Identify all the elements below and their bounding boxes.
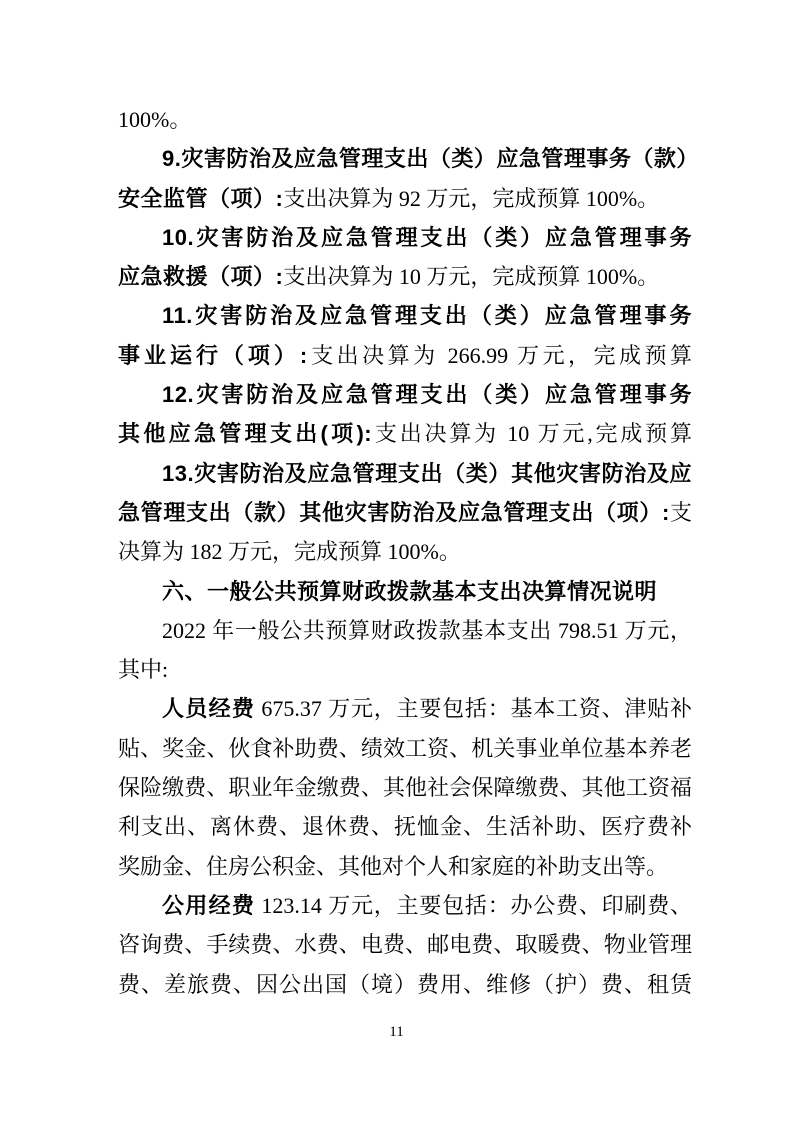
bold-text-segment: 其他应急管理支出(项): [118,421,372,446]
bold-text-segment: 急管理支出（款）其他灾害防治及应急管理支出（项）: [118,500,670,525]
text-line: 利支出、离休费、退休费、抚恤金、生活补助、医疗费补助、 [118,807,692,846]
text-line: 安全监管（项）:支出决算为 92 万元，完成预算 100%。 [118,179,692,218]
bold-text-segment: 10.灾害防治及应急管理支出（类）应急管理事务（款） [118,225,692,257]
text-segment: 费、差旅费、因公出国（境）费用、维修（护）费、租赁费、 [118,972,692,1004]
text-line: 其他应急管理支出(项):支出决算为 10 万元,完成预算 100%。 [118,414,692,453]
page-number: 11 [0,1024,793,1041]
text-line: 13.灾害防治及应急管理支出（类）其他灾害防治及应 [118,454,692,493]
document-page: 100%。9.灾害防治及应急管理支出（类）应急管理事务（款）安全监管（项）:支出… [0,0,793,1122]
text-segment: 利支出、离休费、退休费、抚恤金、生活补助、医疗费补助、 [118,814,692,846]
text-line: 其中: [118,650,692,689]
text-line: 六、一般公共预算财政拨款基本支出决算情况说明 [118,572,692,611]
text-segment: 奖励金、住房公积金、其他对个人和家庭的补助支出等。 [118,854,668,879]
text-line: 决算为 182 万元，完成预算 100%。 [118,532,692,571]
text-line: 咨询费、手续费、水费、电费、邮电费、取暖费、物业管理 [118,925,692,964]
text-segment: 675.37 万元，主要包括：基本工资、津贴补 [255,696,692,721]
text-line: 费、差旅费、因公出国（境）费用、维修（护）费、租赁费、 [118,965,692,1004]
text-segment: 保险缴费、职业年金缴费、其他社会保障缴费、其他工资福 [118,775,692,800]
text-line: 12.灾害防治及应急管理支出（类）应急管理事务（款） [118,375,692,414]
text-segment: 123.14 万元，主要包括：办公费、印刷费、 [255,893,692,918]
document-body: 100%。9.灾害防治及应急管理支出（类）应急管理事务（款）安全监管（项）:支出… [118,100,692,1004]
bold-text-segment: 12.灾害防治及应急管理支出（类）应急管理事务（款） [118,382,692,414]
text-segment: 支出决算为 10 万元，完成预算 100%。 [283,264,659,289]
bold-text-segment: 人员经费 [162,696,255,721]
text-segment: 100%。 [118,107,191,132]
bold-text-segment: 事业运行（项）: [118,343,308,368]
text-line: 11.灾害防治及应急管理支出（类）应急管理事务（款） [118,296,692,335]
text-line: 奖励金、住房公积金、其他对个人和家庭的补助支出等。 [118,847,692,886]
text-line: 贴、奖金、伙食补助费、绩效工资、机关事业单位基本养老 [118,729,692,768]
text-line: 应急救援（项）:支出决算为 10 万元，完成预算 100%。 [118,257,692,296]
text-line: 急管理支出（款）其他灾害防治及应急管理支出（项）:支出 [118,493,692,532]
text-line: 10.灾害防治及应急管理支出（类）应急管理事务（款） [118,218,692,257]
bold-text-segment: 安全监管（项）: [118,186,283,211]
bold-text-segment: 11.灾害防治及应急管理支出（类）应急管理事务（款） [118,303,692,335]
text-segment: 其中: [118,657,168,682]
bold-text-segment: 9.灾害防治及应急管理支出（类）应急管理事务（款） [162,146,692,171]
bold-text-segment: 应急救援（项）: [118,264,283,289]
bold-text-segment: 公用经费 [162,893,255,918]
bold-text-segment: 13.灾害防治及应急管理支出（类）其他灾害防治及应 [162,461,692,486]
text-segment: 2022 年一般公共预算财政拨款基本支出 798.51 万元， [162,618,692,643]
text-line: 公用经费 123.14 万元，主要包括：办公费、印刷费、 [118,886,692,925]
text-line: 事业运行（项）:支出决算为 266.99 万元，完成预算 100%。 [118,336,692,375]
text-segment: 决算为 182 万元，完成预算 100%。 [118,539,461,564]
text-segment: 贴、奖金、伙食补助费、绩效工资、机关事业单位基本养老 [118,736,692,761]
bold-text-segment: 六、一般公共预算财政拨款基本支出决算情况说明 [162,579,657,604]
text-line: 9.灾害防治及应急管理支出（类）应急管理事务（款） [118,139,692,178]
text-line: 100%。 [118,100,692,139]
text-line: 人员经费 675.37 万元，主要包括：基本工资、津贴补 [118,689,692,728]
text-segment: 支出决算为 92 万元，完成预算 100%。 [283,186,659,211]
text-segment: 咨询费、手续费、水费、电费、邮电费、取暖费、物业管理 [118,932,692,957]
text-line: 2022 年一般公共预算财政拨款基本支出 798.51 万元， [118,611,692,650]
text-line: 保险缴费、职业年金缴费、其他社会保障缴费、其他工资福 [118,768,692,807]
